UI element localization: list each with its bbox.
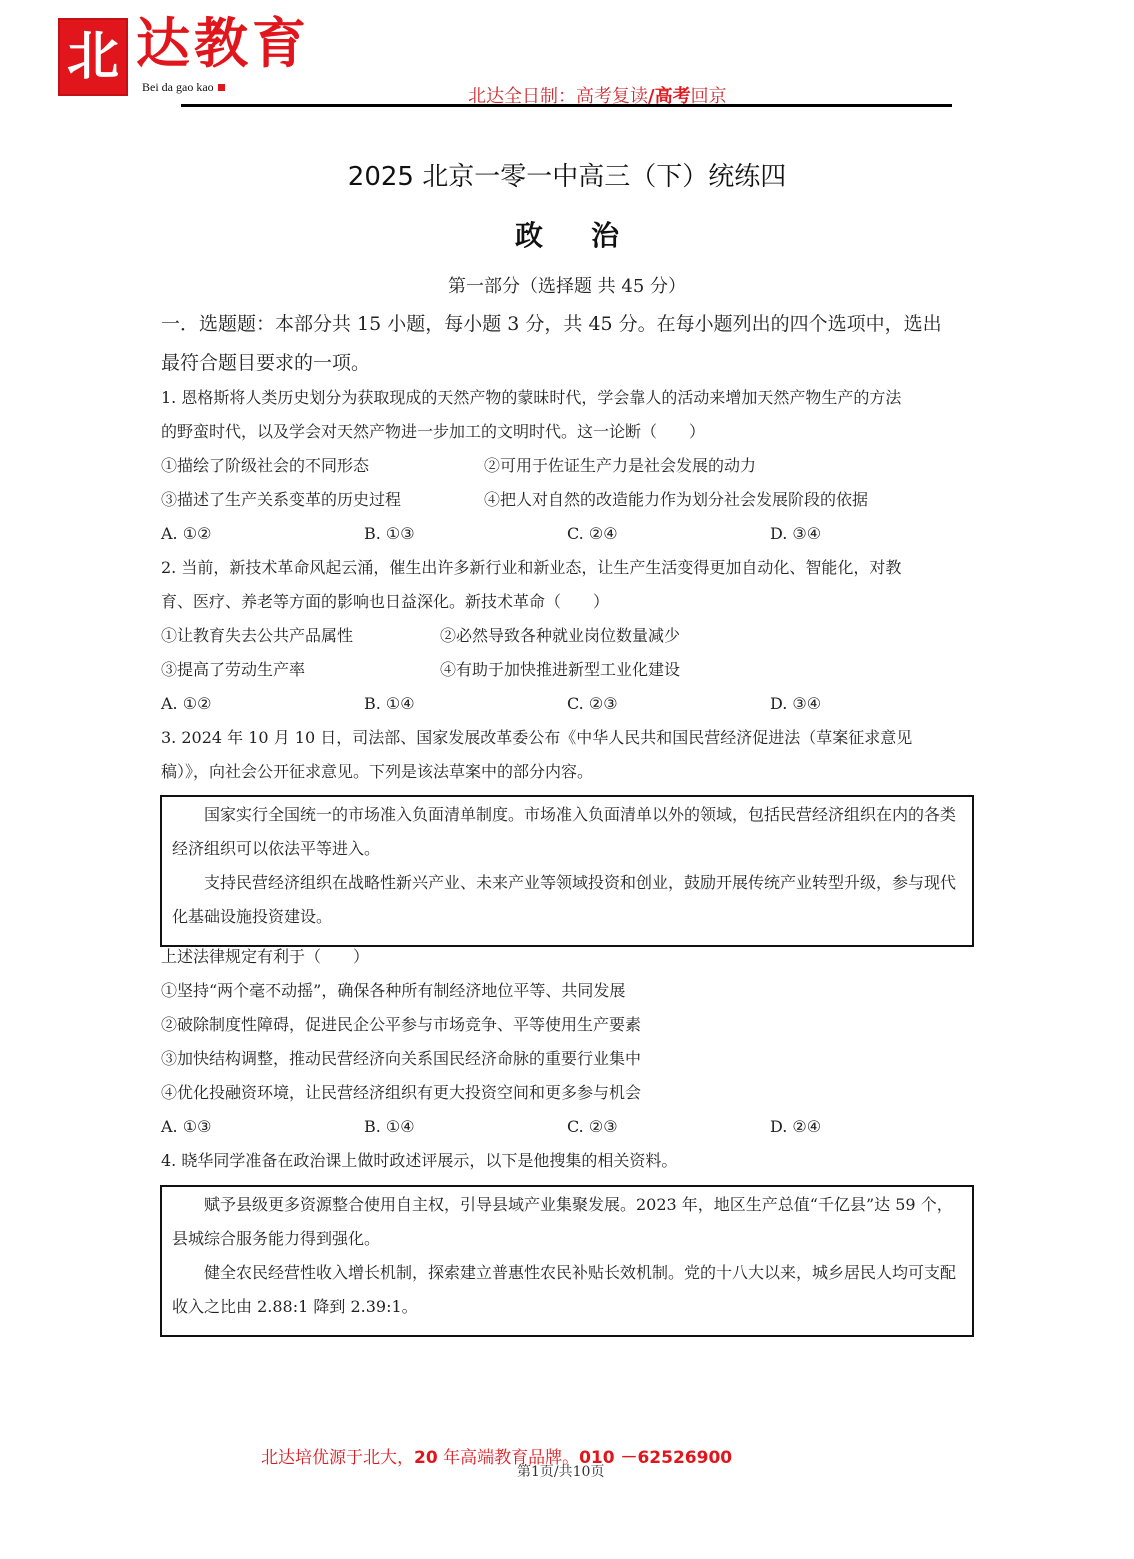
choice-c[interactable]: C. ②③ bbox=[567, 687, 770, 721]
material-paragraph: 健全农民经营性收入增长机制，探索建立普惠性农民补贴长效机制。党的十八大以来，城乡… bbox=[172, 1256, 962, 1324]
choice-d[interactable]: D. ③④ bbox=[770, 687, 973, 721]
answer-choices: A. ①② B. ①③ C. ②④ D. ③④ bbox=[161, 517, 973, 551]
choice-c[interactable]: C. ②④ bbox=[567, 517, 770, 551]
page-number: 第1页/共10页 bbox=[517, 1461, 604, 1481]
statement: ①坚持“两个毫不动摇”，确保各种所有制经济地位平等、共同发展 bbox=[161, 974, 973, 1008]
question-stem: 2. 当前，新技术革命风起云涌，催生出许多新行业和新业态，让生产生活变得更加自动… bbox=[161, 551, 973, 585]
statement-row: ③提高了劳动生产率 ④有助于加快推进新型工业化建设 bbox=[161, 653, 973, 687]
question-3-options: 上述法律规定有利于（ ） ①坚持“两个毫不动摇”，确保各种所有制经济地位平等、共… bbox=[161, 940, 973, 1178]
material-paragraph: 赋予县级更多资源整合使用自主权，引导县域产业集聚发展。2023 年，地区生产总值… bbox=[172, 1188, 962, 1256]
choice-d[interactable]: D. ③④ bbox=[770, 517, 973, 551]
question-stem: 3. 2024 年 10 月 10 日，司法部、国家发展改革委公布《中华人民共和… bbox=[161, 721, 973, 755]
answer-choices: A. ①③ B. ①④ C. ②③ D. ②④ bbox=[161, 1110, 973, 1144]
logo-glyph: 北 bbox=[67, 31, 119, 83]
answer-choices: A. ①② B. ①④ C. ②③ D. ③④ bbox=[161, 687, 973, 721]
choice-b[interactable]: B. ①④ bbox=[364, 1110, 567, 1144]
header-divider bbox=[181, 104, 952, 107]
statement-row: ①让教育失去公共产品属性 ②必然导致各种就业岗位数量减少 bbox=[161, 619, 973, 653]
statement: ④优化投融资环境，让民营经济组织有更大投资空间和更多参与机会 bbox=[161, 1076, 973, 1110]
statement: ③加快结构调整，推动民营经济向关系国民经济命脉的重要行业集中 bbox=[161, 1042, 973, 1076]
choice-a[interactable]: A. ①② bbox=[161, 687, 364, 721]
material-box-q4: 赋予县级更多资源整合使用自主权，引导县域产业集聚发展。2023 年，地区生产总值… bbox=[160, 1185, 974, 1337]
choice-a[interactable]: A. ①② bbox=[161, 517, 364, 551]
part-heading: 第一部分（选择题 共 45 分） bbox=[0, 272, 1134, 298]
section-instructions: 一．选题题：本部分共 15 小题，每小题 3 分，共 45 分。在每小题列出的四… bbox=[161, 305, 973, 383]
subject-heading: 政治 bbox=[0, 214, 1134, 254]
brand-logo-subtitle: Bei da gao kao bbox=[142, 80, 225, 95]
choice-c[interactable]: C. ②③ bbox=[567, 1110, 770, 1144]
exam-title: 2025 北京一零一中高三（下）统练四 bbox=[0, 156, 1134, 193]
statement-row: ③描述了生产关系变革的历史过程 ④把人对自然的改造能力作为划分社会发展阶段的依据 bbox=[161, 483, 973, 517]
question-stem: 的野蛮时代，以及学会对天然产物进一步加工的文明时代。这一论断（ ） bbox=[161, 415, 973, 449]
question-2: 2. 当前，新技术革命风起云涌，催生出许多新行业和新业态，让生产生活变得更加自动… bbox=[161, 551, 973, 721]
question-prompt: 上述法律规定有利于（ ） bbox=[161, 940, 973, 974]
footer-promo: 北达培优源于北大，20 年高端教育品牌。010 －62526900 bbox=[261, 1443, 732, 1468]
statement: ②破除制度性障碍，促进民企公平参与市场竞争、平等使用生产要素 bbox=[161, 1008, 973, 1042]
material-box-q3: 国家实行全国统一的市场准入负面清单制度。市场准入负面清单以外的领域，包括民营经济… bbox=[160, 795, 974, 947]
question-stem: 稿）》，向社会公开征求意见。下列是该法草案中的部分内容。 bbox=[161, 755, 973, 789]
choice-b[interactable]: B. ①④ bbox=[364, 687, 567, 721]
red-square-icon bbox=[218, 84, 225, 91]
material-paragraph: 支持民营经济组织在战略性新兴产业、未来产业等领域投资和创业，鼓励开展传统产业转型… bbox=[172, 866, 962, 934]
question-stem: 1. 恩格斯将人类历史划分为获取现成的天然产物的蒙昧时代，学会靠人的活动来增加天… bbox=[161, 381, 973, 415]
choice-d[interactable]: D. ②④ bbox=[770, 1110, 973, 1144]
question-1: 1. 恩格斯将人类历史划分为获取现成的天然产物的蒙昧时代，学会靠人的活动来增加天… bbox=[161, 381, 973, 551]
question-3: 3. 2024 年 10 月 10 日，司法部、国家发展改革委公布《中华人民共和… bbox=[161, 721, 973, 789]
brand-logo-text: 达教育 bbox=[136, 16, 310, 70]
choice-b[interactable]: B. ①③ bbox=[364, 517, 567, 551]
question-4-stem: 4. 晓华同学准备在政治课上做时政述评展示，以下是他搜集的相关资料。 bbox=[161, 1144, 973, 1178]
material-paragraph: 国家实行全国统一的市场准入负面清单制度。市场准入负面清单以外的领域，包括民营经济… bbox=[172, 798, 962, 866]
brand-logo-mark: 北 bbox=[58, 18, 128, 96]
statement-row: ①描绘了阶级社会的不同形态 ②可用于佐证生产力是社会发展的动力 bbox=[161, 449, 973, 483]
question-stem: 育、医疗、养老等方面的影响也日益深化。新技术革命（ ） bbox=[161, 585, 973, 619]
choice-a[interactable]: A. ①③ bbox=[161, 1110, 364, 1144]
